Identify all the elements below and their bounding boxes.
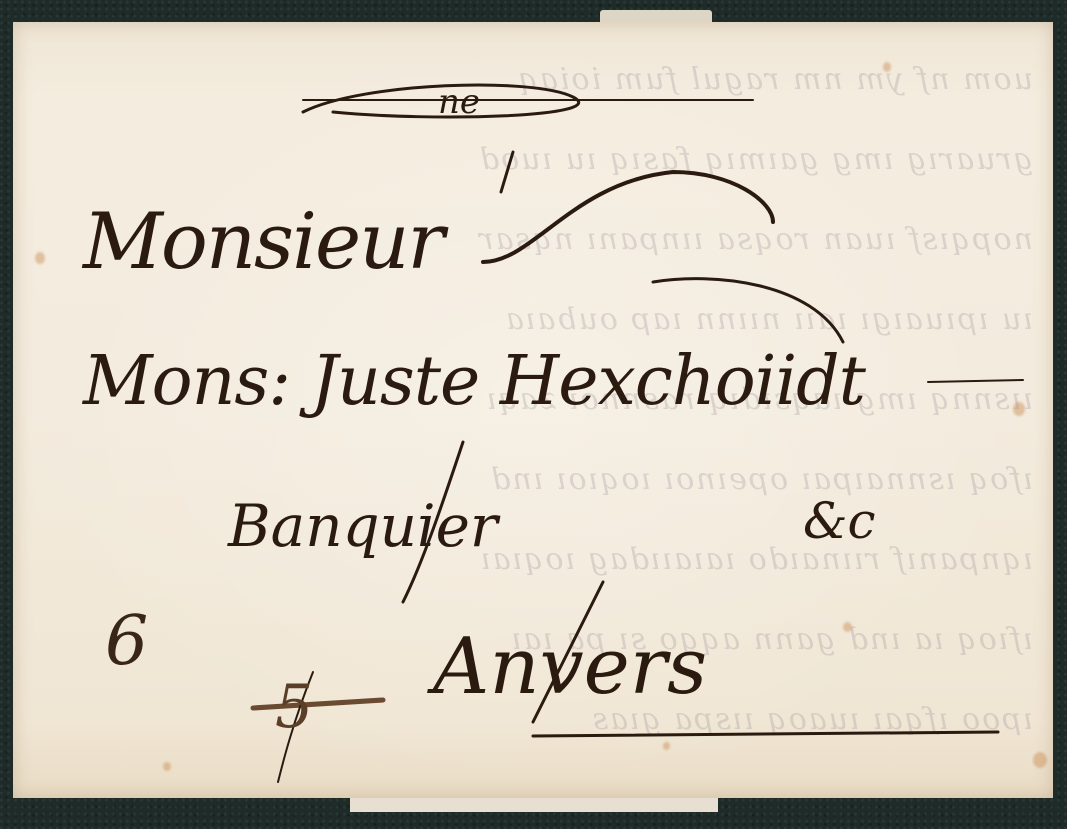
address-occupation-suffix: &c bbox=[803, 492, 876, 550]
address-city: Anvers bbox=[433, 622, 707, 712]
top-annotation: ne bbox=[438, 82, 480, 122]
paper-fold-tab-bottom bbox=[350, 796, 718, 812]
address-salutation: Monsieur bbox=[83, 197, 443, 287]
rate-mark-left: 6 bbox=[105, 602, 148, 681]
address-occupation: Banquier bbox=[228, 492, 498, 560]
address-name: Mons: Juste Hexchoiidt bbox=[83, 342, 865, 421]
letter-cover: uom nf ym nm ragul fum ioiaq gruarıg ımg… bbox=[13, 22, 1053, 798]
rate-mark-lower: 5 bbox=[275, 672, 313, 742]
